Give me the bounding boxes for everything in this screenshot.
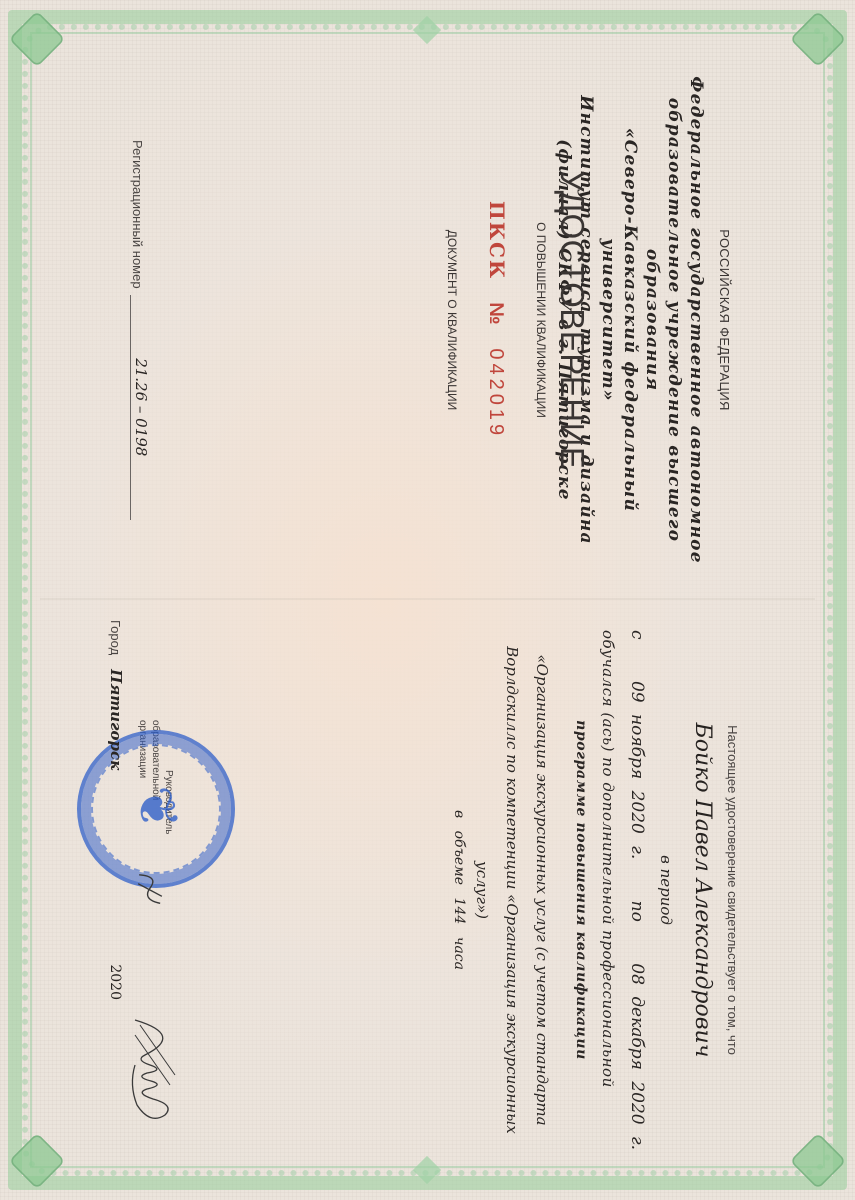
seal-ring <box>79 732 233 886</box>
program-name-line: услуг») <box>467 630 497 1150</box>
org-line: Федеральное государственное автономное <box>685 70 707 570</box>
serial-prefix: ПКСК <box>485 201 509 280</box>
left-page: РОССИЙСКАЯ ФЕДЕРАЦИЯ Федеральное государ… <box>35 60 815 580</box>
date-to-word: по <box>627 901 647 922</box>
registration-label: Регистрационный номер <box>130 140 145 289</box>
org-line: «Северо-Кавказский федеральный университ… <box>597 70 641 570</box>
signature-holder <box>125 1015 195 1125</box>
program-name-line: Ворлдскиллс по компетенции «Организация … <box>497 630 527 1150</box>
program-name: «Организация экскурсионных услуг (с учет… <box>467 630 557 1150</box>
date-from-word: с <box>627 630 647 640</box>
document-title: УДОСТОВЕРЕНИЕ <box>553 60 591 580</box>
serial-number: ПКСК№042019 <box>484 60 509 580</box>
document-subtitle: О ПОВЫШЕНИИ КВАЛИФИКАЦИИ <box>534 60 548 580</box>
volume-hours: 144 <box>451 898 467 925</box>
volume-prefix: в объеме <box>451 810 467 885</box>
registration-number-row: Регистрационный номер 21.26 – 0198 <box>130 140 150 520</box>
document-kind: ДОКУМЕНТ О КВАЛИФИКАЦИИ <box>445 60 459 580</box>
date-to: 08 декабря 2020 г. <box>627 963 647 1150</box>
city-label: Город <box>108 620 123 655</box>
country-name: РОССИЙСКАЯ ФЕДЕРАЦИЯ <box>717 60 732 580</box>
study-dates: с 09 ноября 2020 г. по 08 декабря 2020 г… <box>627 630 647 1150</box>
registration-value: 21.26 – 0198 <box>130 295 150 520</box>
period-label: в период <box>657 620 675 1160</box>
program-name-line: «Организация экскурсионных услуг (с учет… <box>527 630 557 1150</box>
right-page: Настоящее удостоверение свидетельствует … <box>35 620 815 1160</box>
program-kind: программе повышения квалификации <box>573 620 589 1160</box>
studied-line: обучался (ась) по дополнительной професс… <box>599 630 617 1150</box>
study-volume: в объеме 144 часа <box>451 620 467 1160</box>
holder-name: Бойко Павел Александрович <box>690 620 715 1160</box>
city-value: Пятигорск <box>107 669 125 770</box>
center-fold <box>40 598 815 600</box>
city-row: Город Пятигорск 2020 <box>107 620 125 1000</box>
serial-no-sign: № <box>485 302 507 326</box>
intro-text: Настоящее удостоверение свидетельствует … <box>725 620 740 1160</box>
date-from: 09 ноября 2020 г. <box>627 681 647 859</box>
org-line: образовательное учреждение высшего образ… <box>641 70 685 570</box>
issue-year: 2020 <box>107 964 123 1000</box>
volume-unit: часа <box>451 937 467 970</box>
certificate-sheet: РОССИЙСКАЯ ФЕДЕРАЦИЯ Федеральное государ… <box>0 0 855 1200</box>
serial-value: 042019 <box>485 348 507 439</box>
